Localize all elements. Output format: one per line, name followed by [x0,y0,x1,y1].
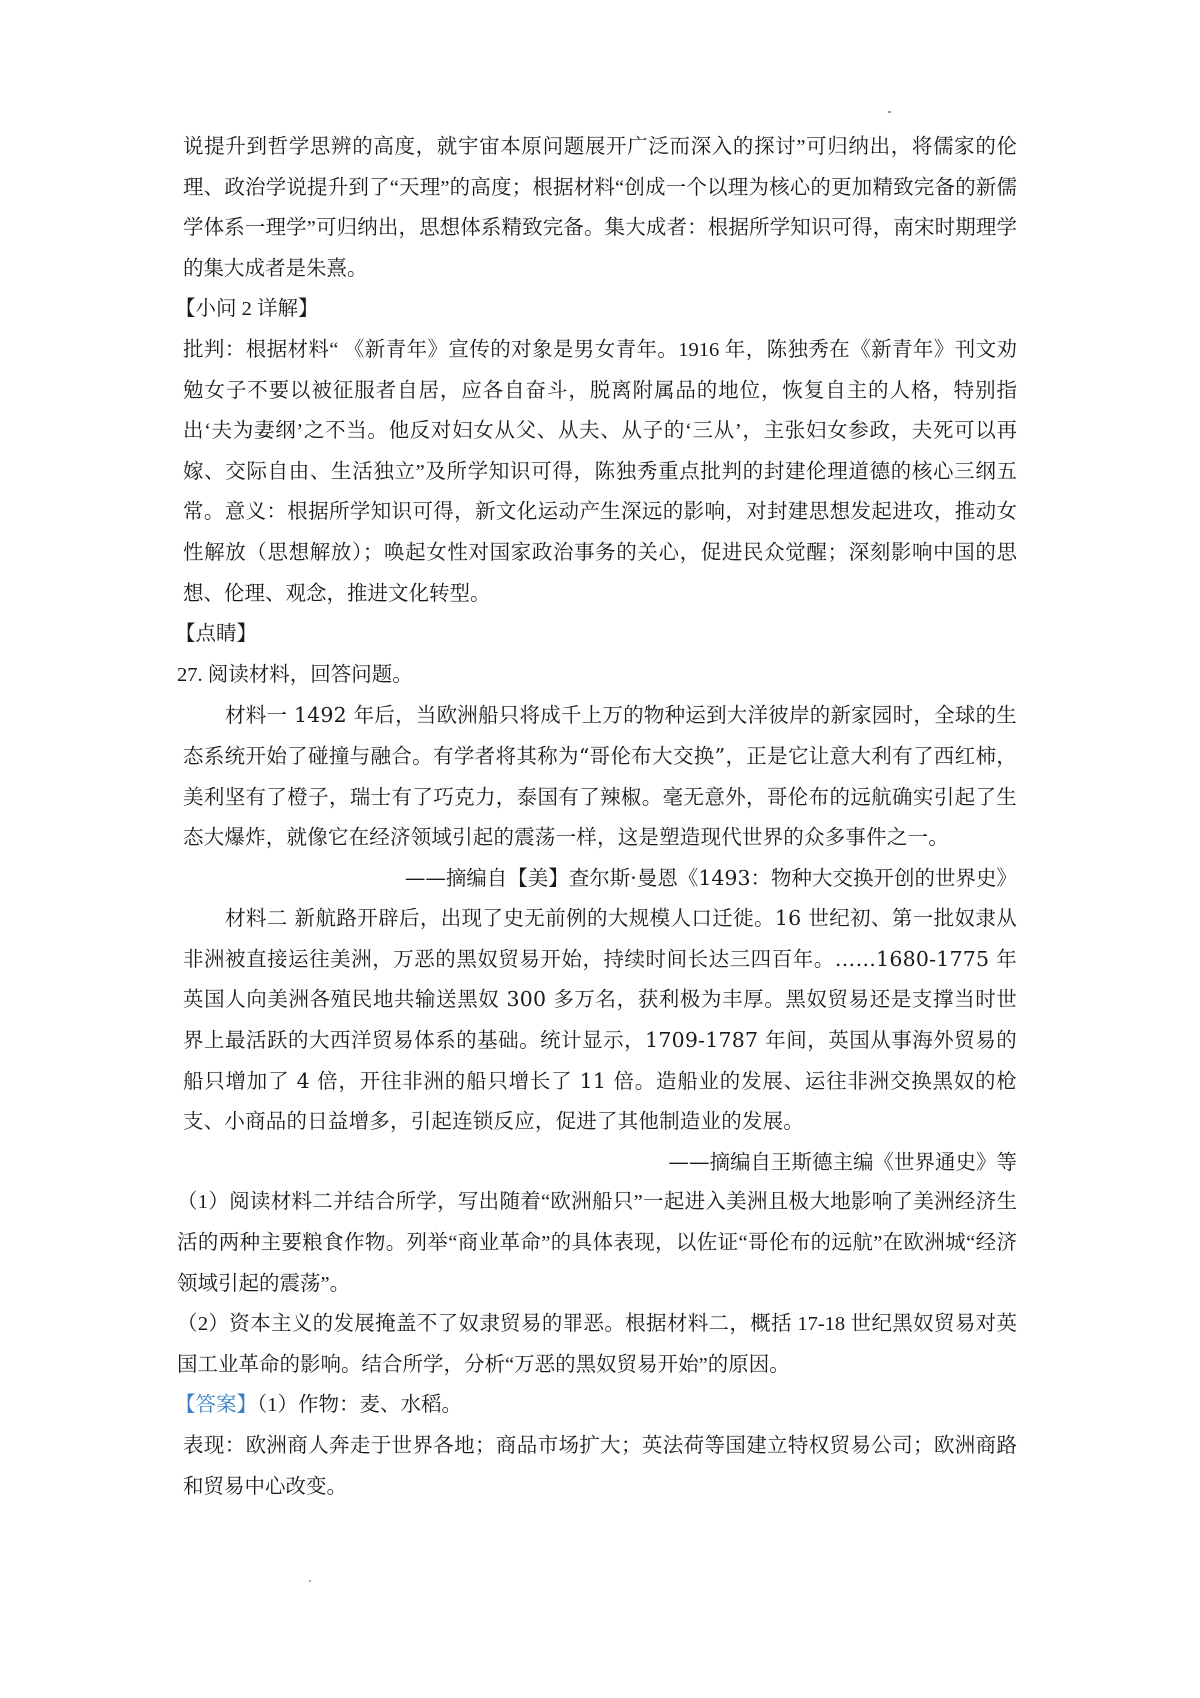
dianjing-heading: 【点睛】 [175,614,1017,655]
scan-speck-bottom [309,1580,311,1582]
question-27-part-1: （1）阅读材料二并结合所学，写出随着“欧洲船只”一起进入美洲且极大地影响了美洲经… [177,1182,1017,1304]
answer-tag: 【答案】 [175,1394,257,1416]
scan-speck-top [888,111,891,113]
material-1-source: ——摘编自【美】查尔斯·曼恩《1493：物种大交换开创的世界史》 [183,858,1017,899]
material-2-text: 材料二 新航路开辟后，出现了史无前例的大规模人口迁徙。16 世纪初、第一批奴隶从… [183,898,1017,1142]
answer-crops: （1）作物：麦、水稻。 [257,1394,462,1416]
intro-paragraph: 说提升到哲学思辨的高度，就宇宙本原问题展开广泛而深入的探讨”可归纳出，将儒家的伦… [183,127,1017,289]
answer-line-1: 【答案】（1）作物：麦、水稻。 [175,1385,1017,1426]
sub-question-2-explanation: 批判：根据材料“ 《新青年》宣传的对象是男女青年。1916 年，陈独秀在《新青年… [183,330,1017,614]
question-27-part-2: （2）资本主义的发展掩盖不了奴隶贸易的罪恶。根据材料二，概括 17-18 世纪黑… [177,1304,1017,1385]
question-27-title: 27. 阅读材料，回答问题。 [177,655,1017,696]
material-1-text: 材料一 1492 年后，当欧洲船只将成千上万的物种运到大洋彼岸的新家园时，全球的… [183,695,1017,857]
sub-question-2-heading: 【小问 2 详解】 [175,289,1017,330]
answer-line-2: 表现：欧洲商人奔走于世界各地；商品市场扩大；英法荷等国建立特权贸易公司；欧洲商路… [183,1426,1017,1507]
material-2-source: ——摘编自王斯德主编《世界通史》等 [183,1142,1017,1183]
document-page: 说提升到哲学思辨的高度，就宇宙本原问题展开广泛而深入的探讨”可归纳出，将儒家的伦… [183,127,1017,1507]
